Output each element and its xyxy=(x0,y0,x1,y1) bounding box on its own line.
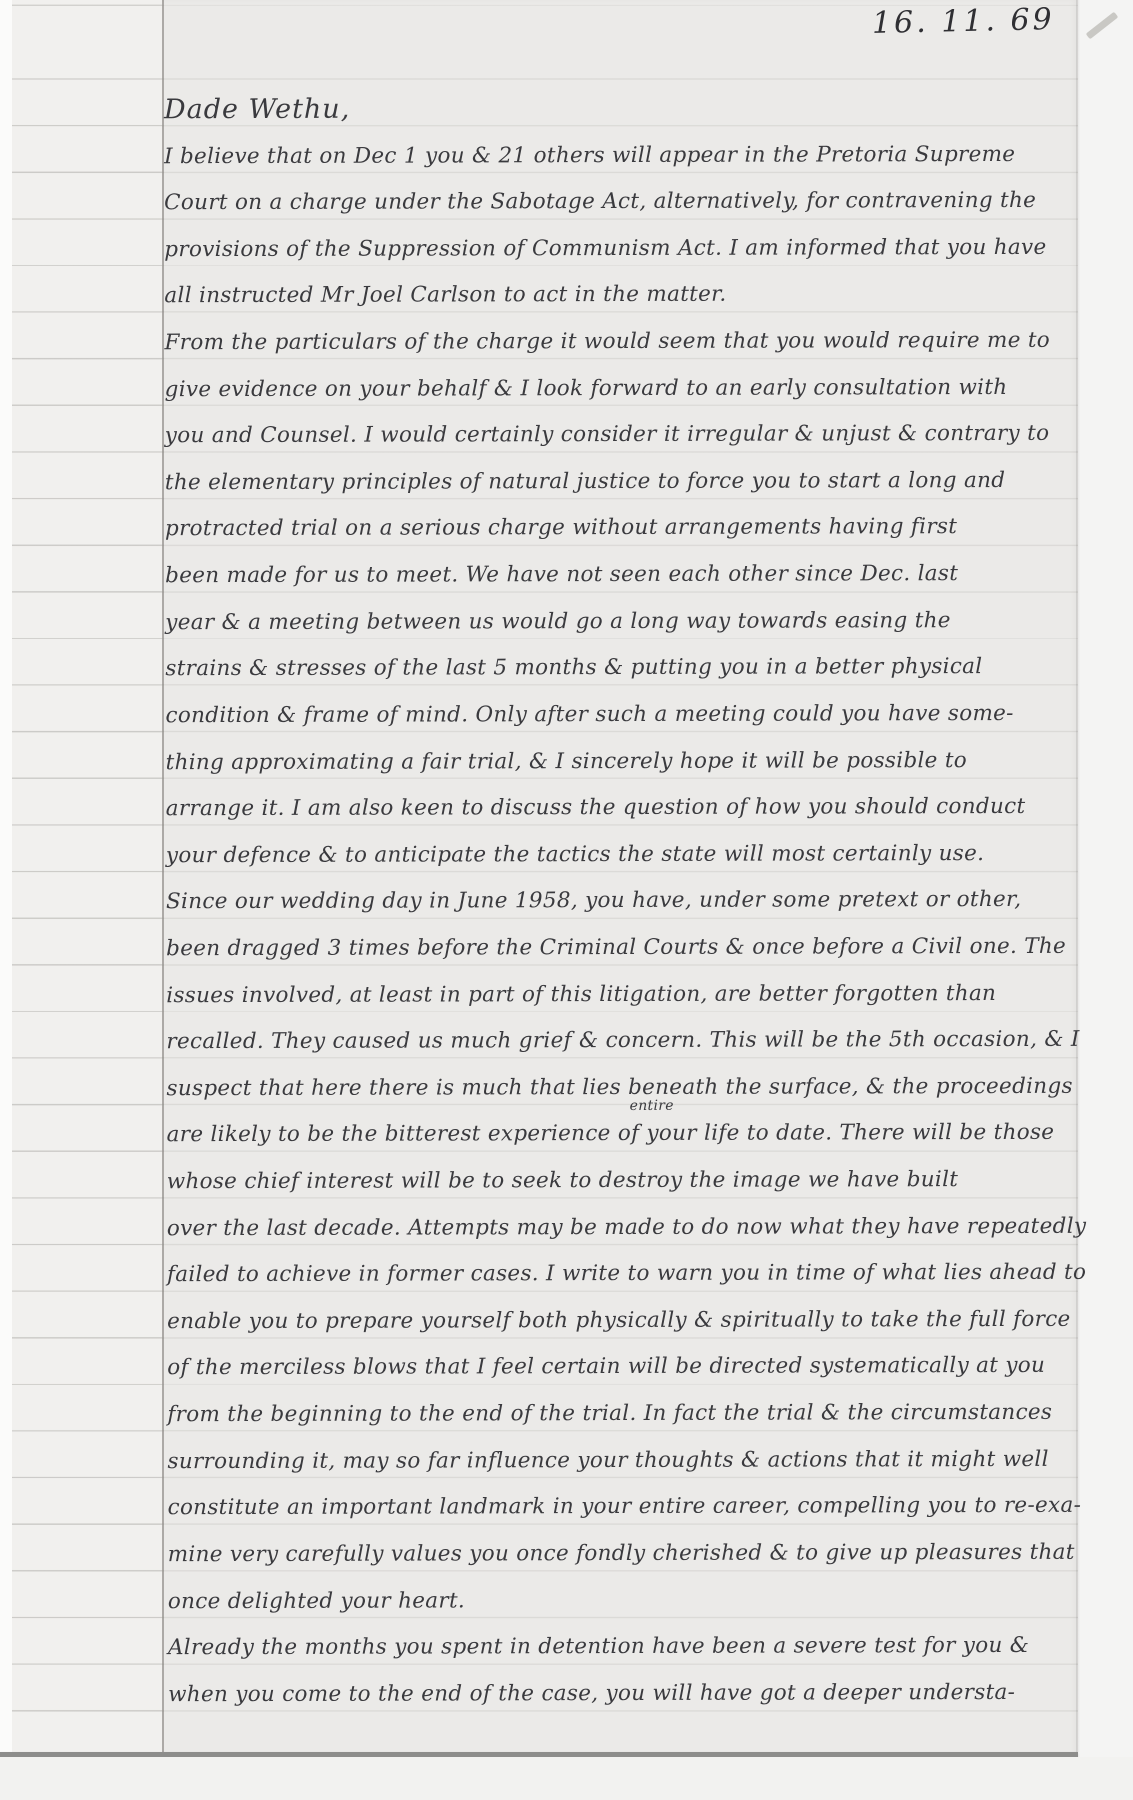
letter-line: From the particulars of the charge it wo… xyxy=(164,318,1072,367)
left-margin-strip xyxy=(12,0,162,1756)
margin-rule-line xyxy=(162,0,164,1756)
letter-line: surrounding it, may so far influence you… xyxy=(167,1436,1075,1485)
letter-line: Already the months you spent in detentio… xyxy=(168,1623,1076,1672)
scan-left-edge xyxy=(0,0,12,1757)
corner-fold-mark xyxy=(1086,12,1119,40)
letter-line: of the merciless blows that I feel certa… xyxy=(167,1343,1075,1392)
letter-line: are likely to be the bitterest experienc… xyxy=(167,1110,1075,1159)
letter-line: from the beginning to the end of the tri… xyxy=(167,1390,1075,1439)
surface-below-page xyxy=(0,1757,1133,1800)
interlinear-insertion: entire xyxy=(630,1099,674,1113)
scanned-letter-page: 16. 11. 69 Dade Wethu, I believe that on… xyxy=(0,0,1133,1800)
letter-line: whose chief interest will be to seek to … xyxy=(167,1157,1075,1206)
letter-line: Court on a charge under the Sabotage Act… xyxy=(164,178,1072,227)
letter-line: you and Counsel. I would certainly consi… xyxy=(165,411,1073,460)
letter-body: I believe that on Dec 1 you & 21 others … xyxy=(164,131,1076,1718)
letter-line: constitute an important landmark in your… xyxy=(168,1483,1076,1532)
letter-line: failed to achieve in former cases. I wri… xyxy=(167,1250,1075,1299)
letter-line: year & a meeting between us would go a l… xyxy=(165,598,1073,647)
letter-line: issues involved, at least in part of thi… xyxy=(166,970,1074,1019)
letter-text-block: Dade Wethu, I believe that on Dec 1 you … xyxy=(164,85,1076,1719)
letter-line: the elementary principles of natural jus… xyxy=(165,458,1073,507)
page-right-edge-shadow xyxy=(1076,0,1080,1752)
letter-line: strains & stresses of the last 5 months … xyxy=(165,644,1073,693)
letter-line: all instructed Mr Joel Carlson to act in… xyxy=(164,271,1072,320)
letter-line: over the last decade. Attempts may be ma… xyxy=(167,1203,1075,1252)
letter-line: give evidence on your behalf & I look fo… xyxy=(165,364,1073,413)
letter-line: been made for us to meet. We have not se… xyxy=(165,551,1073,600)
letter-line: thing approximating a fair trial, & I si… xyxy=(166,737,1074,786)
letter-line: arrange it. I am also keen to discuss th… xyxy=(166,784,1074,833)
letter-line: suspect that here there is much that lie… xyxy=(166,1064,1074,1113)
letter-line: Since our wedding day in June 1958, you … xyxy=(166,877,1074,926)
letter-line: I believe that on Dec 1 you & 21 others … xyxy=(164,131,1072,180)
letter-line: your defence & to anticipate the tactics… xyxy=(166,831,1074,880)
letter-line: recalled. They caused us much grief & co… xyxy=(166,1017,1074,1066)
letter-date: 16. 11. 69 xyxy=(872,2,1055,41)
letter-line: condition & frame of mind. Only after su… xyxy=(165,691,1073,740)
letter-line: once delighted your heart. xyxy=(168,1576,1076,1625)
letter-line: enable you to prepare yourself both phys… xyxy=(167,1297,1075,1346)
letter-line: mine very carefully values you once fond… xyxy=(168,1530,1076,1579)
letter-line: been dragged 3 times before the Criminal… xyxy=(166,924,1074,973)
letter-line: provisions of the Suppression of Communi… xyxy=(164,225,1072,274)
letter-salutation: Dade Wethu, xyxy=(164,85,1072,134)
letter-line: protracted trial on a serious charge wit… xyxy=(165,504,1073,553)
letter-line: when you come to the end of the case, yo… xyxy=(168,1670,1076,1719)
